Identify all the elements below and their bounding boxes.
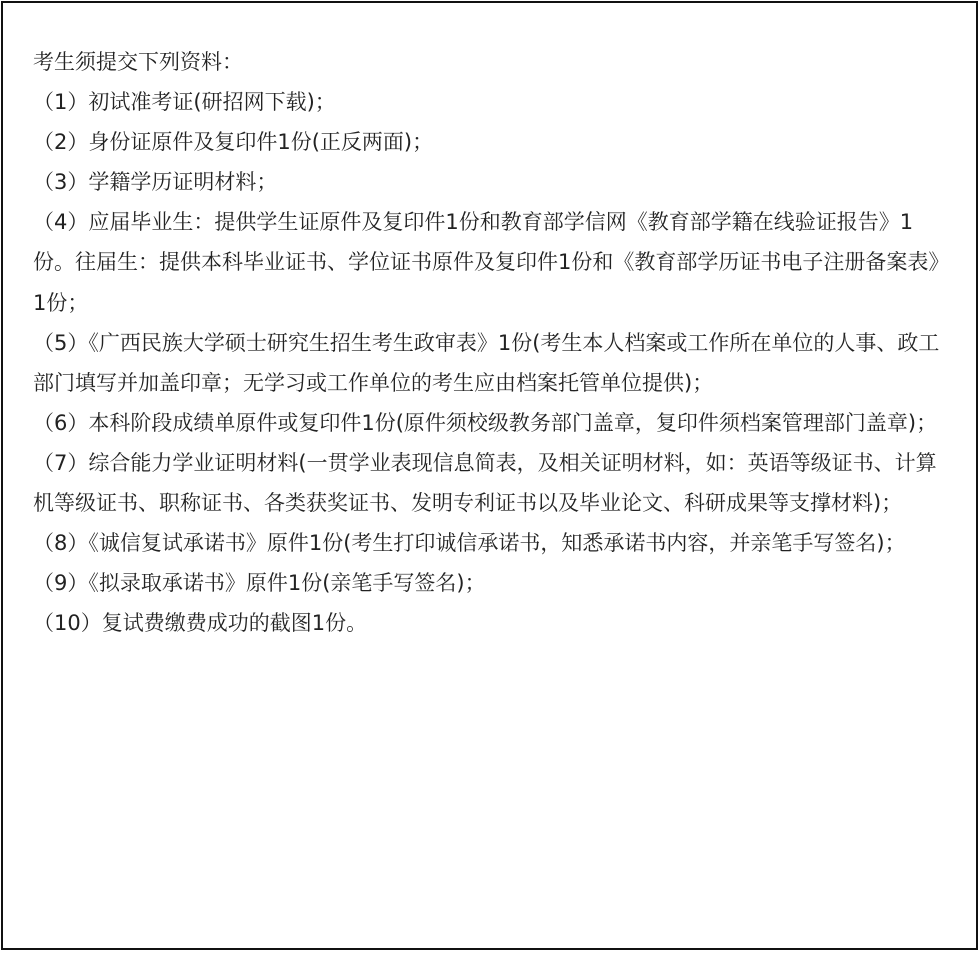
item-number: （4） — [33, 210, 88, 234]
item-number: （10） — [33, 611, 102, 635]
list-item: （6）本科阶段成绩单原件或复印件1份(原件须校级教务部门盖章，复印件须档案管理部… — [33, 403, 953, 443]
document-content: 考生须提交下列资料： （1）初试准考证(研招网下载)； （2）身份证原件及复印件… — [33, 42, 953, 643]
item-number: （5） — [33, 331, 88, 355]
list-item: （7）综合能力学业证明材料(一贯学业表现信息简表，及相关证明材料，如：英语等级证… — [33, 443, 953, 523]
list-item: （5）《广西民族大学硕士研究生招生考生政审表》1份(考生本人档案或工作所在单位的… — [33, 323, 953, 403]
item-text: 身份证原件及复印件1份(正反两面)； — [88, 130, 433, 154]
item-text: 复试费缴费成功的截图1份。 — [102, 611, 367, 635]
item-text: 《拟录取承诺书》原件1份(亲笔手写签名)； — [88, 571, 485, 595]
list-item: （8）《诚信复试承诺书》原件1份(考生打印诚信承诺书，知悉承诺书内容，并亲笔手写… — [33, 523, 953, 563]
item-text: 《诚信复试承诺书》原件1份(考生打印诚信承诺书，知悉承诺书内容，并亲笔手写签名)… — [88, 531, 905, 555]
list-item: （3）学籍学历证明材料； — [33, 162, 953, 202]
item-text: 学籍学历证明材料； — [88, 170, 277, 194]
item-number: （3） — [33, 170, 88, 194]
item-number: （8） — [33, 531, 88, 555]
list-item: （9）《拟录取承诺书》原件1份(亲笔手写签名)； — [33, 563, 953, 603]
item-number: （7） — [33, 451, 88, 475]
intro-text: 考生须提交下列资料： — [33, 42, 953, 82]
list-item: （4）应届毕业生：提供学生证原件及复印件1份和教育部学信网《教育部学籍在线验证报… — [33, 202, 953, 322]
list-item: （10）复试费缴费成功的截图1份。 — [33, 603, 953, 643]
item-text: 综合能力学业证明材料(一贯学业表现信息简表，及相关证明材料，如：英语等级证书、计… — [33, 451, 937, 515]
item-number: （2） — [33, 130, 88, 154]
item-text: 初试准考证(研招网下载)； — [88, 90, 335, 114]
item-number: （9） — [33, 571, 88, 595]
item-number: （1） — [33, 90, 88, 114]
item-number: （6） — [33, 411, 88, 435]
document-frame: 考生须提交下列资料： （1）初试准考证(研招网下载)； （2）身份证原件及复印件… — [1, 1, 978, 950]
item-text: 应届毕业生：提供学生证原件及复印件1份和教育部学信网《教育部学籍在线验证报告》1… — [33, 210, 949, 314]
list-item: （1）初试准考证(研招网下载)； — [33, 82, 953, 122]
item-text: 本科阶段成绩单原件或复印件1份(原件须校级教务部门盖章，复印件须档案管理部门盖章… — [88, 411, 937, 435]
item-text: 《广西民族大学硕士研究生招生考生政审表》1份(考生本人档案或工作所在单位的人事、… — [33, 331, 939, 395]
list-item: （2）身份证原件及复印件1份(正反两面)； — [33, 122, 953, 162]
